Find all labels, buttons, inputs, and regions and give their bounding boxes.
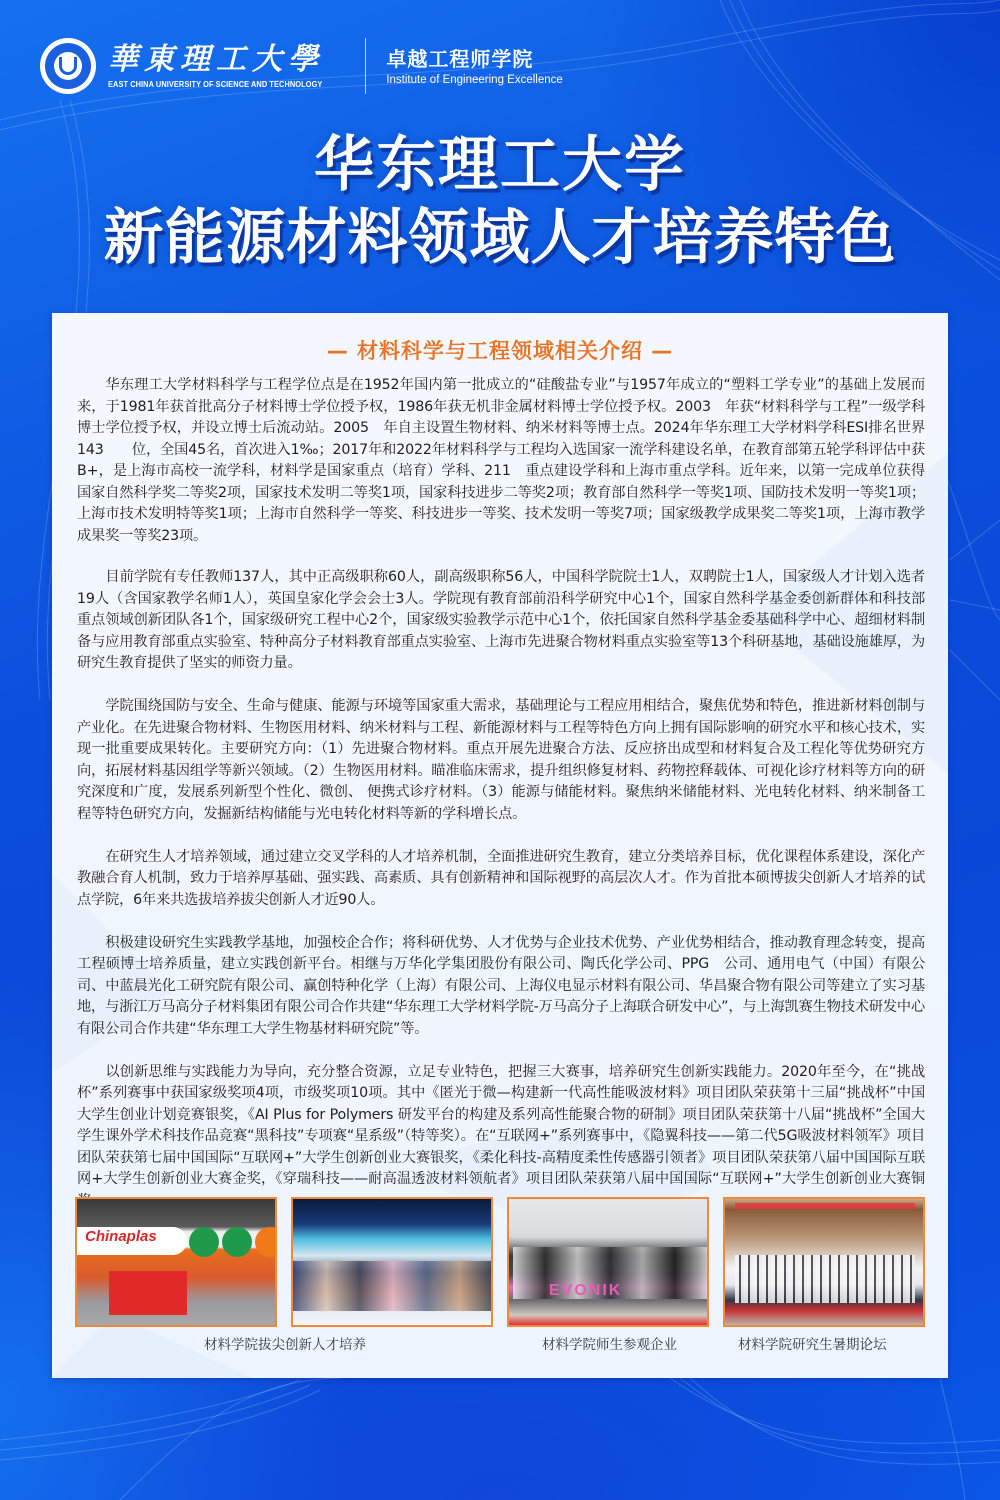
paragraph-talent-training: 在研究生人才培养领域，通过建立交叉学科的人才培养机制，全面推进研究生教育，建立分… xyxy=(77,847,925,912)
caption-company-visit: 材料学院师生参观企业 xyxy=(542,1333,677,1353)
crowd xyxy=(735,1255,915,1303)
photo-evonik-visit: EVONIK xyxy=(507,1197,709,1327)
red-banner xyxy=(109,1271,187,1315)
forum-banner xyxy=(735,1203,915,1209)
year-badge xyxy=(189,1227,219,1257)
institute-name-block: 卓越工程师学院 Institute of Engineering Excelle… xyxy=(386,46,562,86)
date-badge xyxy=(222,1227,252,1257)
photo-summer-forum xyxy=(723,1197,925,1327)
university-name-en: EAST CHINA UNIVERSITY OF SCIENCE AND TEC… xyxy=(108,79,322,89)
page-title-line-1: 华东理工大学 xyxy=(0,130,1000,200)
paragraph-faculty: 目前学院有专任教师137人，其中正高级职称60人，副高级职称56人，中国科学院院… xyxy=(77,567,925,675)
paragraph-history: 华东理工大学材料科学与工程学位点是在1952年国内第一批成立的“硅酸盐专业”与1… xyxy=(77,375,925,547)
caption-summer-forum: 材料学院研究生暑期论坛 xyxy=(738,1333,887,1353)
caption-talent-training: 材料学院拔尖创新人才培养 xyxy=(204,1333,366,1353)
header: 華東理工大學 EAST CHINA UNIVERSITY OF SCIENCE … xyxy=(40,36,563,96)
photo-gallery: Chinaplas EVONIK xyxy=(75,1197,925,1327)
photo-chinaplas-group: Chinaplas xyxy=(75,1197,277,1327)
institute-name-cn: 卓越工程师学院 xyxy=(386,46,562,72)
paragraph-research: 学院围绕国防与安全、生命与健康、能源与环境等国家重大需求，基础理论与工程应用相结… xyxy=(77,696,925,825)
institute-name-en: Institute of Engineering Excellence xyxy=(386,74,562,86)
photo-captions: 材料学院拔尖创新人才培养 材料学院师生参观企业 材料学院研究生暑期论坛 xyxy=(52,1333,948,1353)
page-title-line-2: 新能源材料领域人才培养特色 xyxy=(0,203,1000,273)
university-name-cn: 華東理工大學 xyxy=(108,43,357,77)
evonik-logo: EVONIK xyxy=(549,1283,659,1299)
university-name-block: 華東理工大學 EAST CHINA UNIVERSITY OF SCIENCE … xyxy=(108,43,357,89)
section-heading: — 材料科学与工程领域相关介绍 — xyxy=(52,337,948,365)
chinaplas-sign: Chinaplas xyxy=(77,1227,187,1255)
paragraph-industry-cooperation: 积极建设研究生实践教学基地，加强校企合作；将科研优势、人才优势与企业技术优势、产… xyxy=(77,933,925,1041)
section-body: 华东理工大学材料科学与工程学位点是在1952年国内第一批成立的“硅酸盐专业”与1… xyxy=(77,375,925,1234)
paragraph-competitions: 以创新思维与实践能力为导向，充分整合资源，立足专业特色，把握三大赛事，培养研究生… xyxy=(77,1062,925,1213)
photo-exhibition-group xyxy=(291,1197,493,1327)
seal-emblem-icon xyxy=(59,57,77,75)
crowd xyxy=(293,1261,493,1311)
university-seal-icon xyxy=(40,38,96,94)
city-badge xyxy=(255,1227,277,1257)
content-panel: — 材料科学与工程领域相关介绍 — 华东理工大学材料科学与工程学位点是在1952… xyxy=(52,313,948,1378)
header-divider xyxy=(365,38,366,94)
